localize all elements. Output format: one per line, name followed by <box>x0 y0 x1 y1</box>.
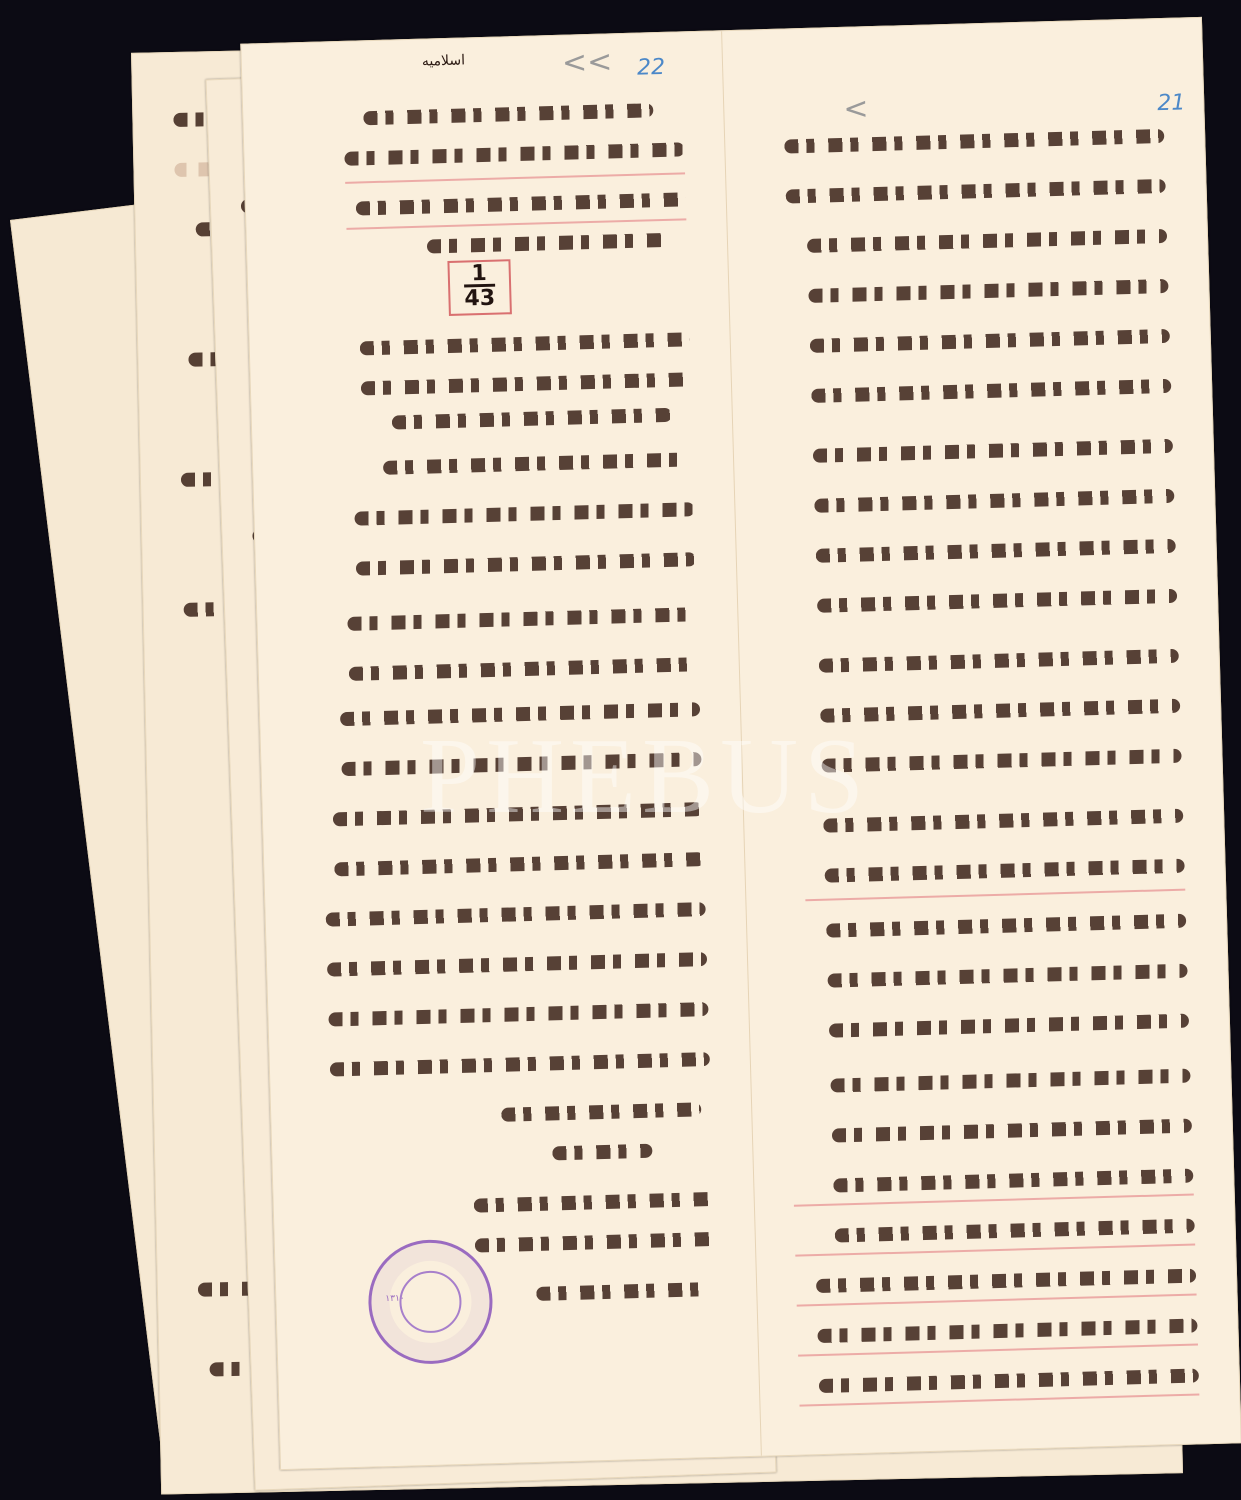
seal-inner-ring <box>399 1270 463 1334</box>
handwriting-line <box>835 1219 1195 1243</box>
fraction-numerator: 1 <box>464 264 495 288</box>
handwriting-line <box>356 192 686 215</box>
handwriting-line <box>347 607 697 631</box>
handwriting-line <box>826 914 1186 938</box>
handwriting-line <box>501 1102 701 1122</box>
handwriting-line <box>354 502 694 525</box>
handwriting-line <box>820 699 1180 723</box>
handwriting-line <box>830 1069 1190 1093</box>
handwriting-line <box>813 439 1173 463</box>
handwriting-line <box>829 1014 1189 1038</box>
handwriting-line <box>356 552 696 575</box>
red-underline <box>805 889 1185 902</box>
handwriting-line <box>363 103 653 125</box>
red-underline <box>794 1194 1194 1207</box>
handwriting-line <box>814 489 1174 513</box>
red-underline <box>797 1293 1197 1306</box>
seal-year: ١٣١٠ <box>385 1294 405 1305</box>
handwriting-line <box>328 1002 708 1027</box>
handwriting-line <box>349 657 699 681</box>
handwriting-line <box>475 1232 715 1253</box>
handwriting-line <box>807 229 1167 253</box>
handwriting-line <box>833 1169 1193 1193</box>
handwriting-line <box>808 279 1168 303</box>
header-note: اسلامیه <box>422 52 466 69</box>
handwriting-line <box>326 902 706 927</box>
handwriting-line <box>474 1192 714 1213</box>
red-underline <box>799 1393 1199 1406</box>
handwriting-line <box>784 129 1164 154</box>
handwriting-line <box>825 859 1185 883</box>
handwriting-line <box>819 649 1179 673</box>
handwriting-line <box>340 702 700 726</box>
handwriting-line <box>333 802 703 826</box>
red-underline <box>345 172 685 183</box>
handwriting-line <box>817 1318 1197 1343</box>
handwriting-line <box>819 1368 1199 1393</box>
handwriting-line <box>383 453 683 475</box>
pencil-mark: << <box>561 44 612 80</box>
red-underline <box>346 218 686 229</box>
handwriting-line <box>334 852 704 876</box>
page-number-right: 21 <box>1157 90 1186 116</box>
handwriting-line <box>786 179 1166 204</box>
handwriting-line <box>341 752 701 776</box>
handwriting-line <box>821 749 1181 773</box>
handwriting-line <box>817 589 1177 613</box>
handwriting-line <box>816 1269 1196 1294</box>
handwriting-line <box>427 233 667 254</box>
handwriting-line <box>827 964 1187 988</box>
handwriting-line <box>552 1144 652 1161</box>
handwriting-line <box>327 952 707 977</box>
handwriting-line <box>361 372 691 395</box>
page-number-left: 22 <box>637 55 666 81</box>
handwriting-line <box>536 1282 706 1301</box>
fraction-denominator: 43 <box>464 287 495 312</box>
red-underline <box>795 1244 1195 1257</box>
pencil-mark: < <box>843 91 869 127</box>
red-underline <box>798 1343 1198 1356</box>
manuscript-sheet-front: 22 21 << < اسلامیه 1 43 ١٣١٠ <box>240 17 1241 1470</box>
handwriting-line <box>811 379 1171 403</box>
handwriting-line <box>823 809 1183 833</box>
handwriting-line <box>330 1052 710 1077</box>
handwriting-line <box>816 539 1176 563</box>
handwriting-line <box>392 408 672 430</box>
handwriting-line <box>360 332 690 355</box>
purple-seal: ١٣١٠ <box>367 1238 494 1365</box>
boxed-fraction: 1 43 <box>447 259 511 316</box>
page-fold <box>721 31 762 1455</box>
handwriting-line <box>832 1119 1192 1143</box>
handwriting-line <box>344 142 684 165</box>
handwriting-line <box>810 329 1170 353</box>
